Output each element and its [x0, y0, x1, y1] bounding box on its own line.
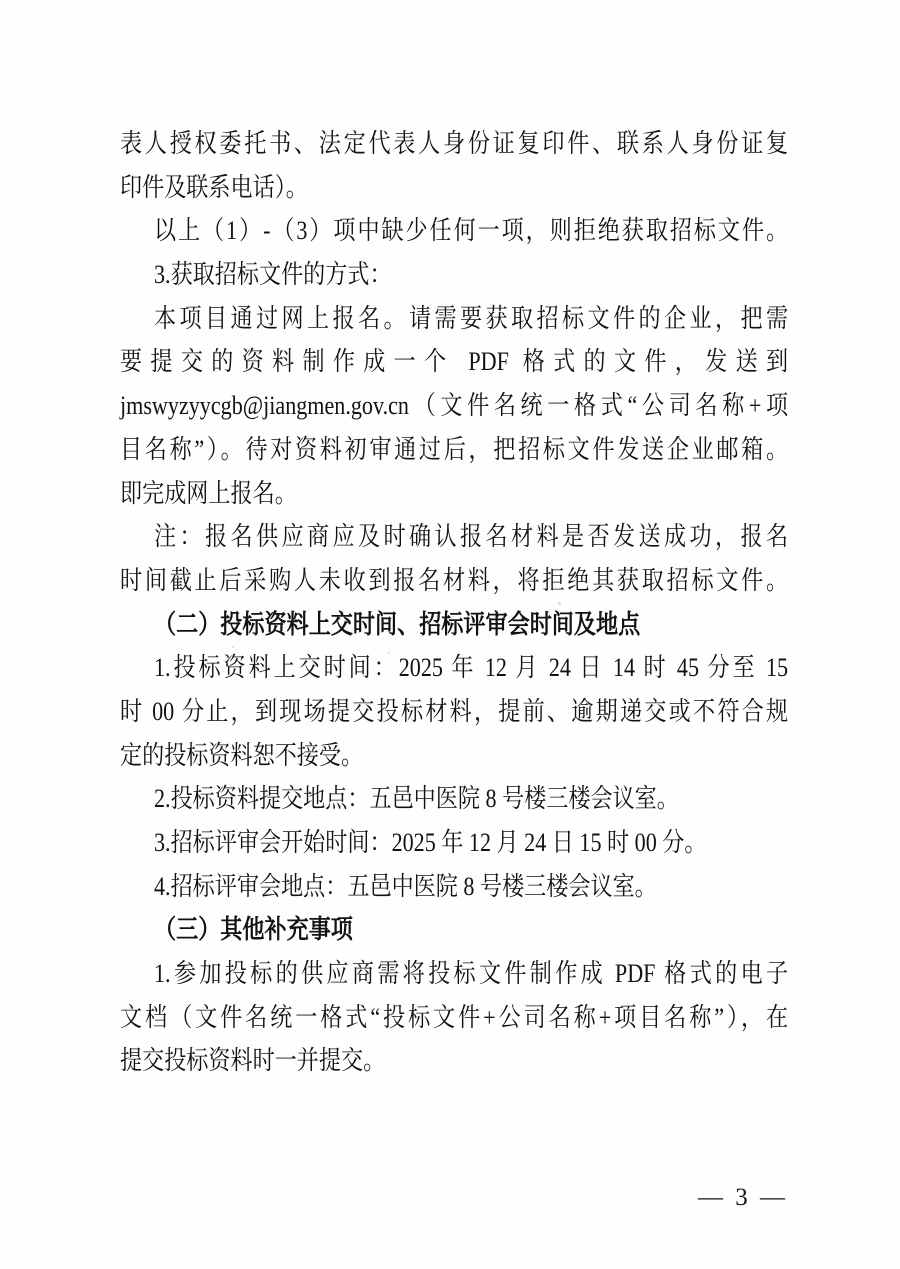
section-heading-2: （二）投标资料上交时间、招标评审会时间及地点 — [120, 603, 788, 647]
scan-speck — [558, 602, 561, 605]
scan-speck — [171, 760, 173, 762]
document-page: 表人授权委托书、法定代表人身份证复印件、联系人身份证复 印件及联系电话）。 以上… — [0, 0, 900, 1269]
text-line: 文档（文件名统一格式“投标文件+公司名称+项目名称”），在 — [120, 996, 788, 1040]
text-line: 2.投标资料提交地点：五邑中医院 8 号楼三楼会议室。 — [120, 777, 788, 821]
text-line: 1.投标资料上交时间：2025 年 12 月 24 日 14 时 45 分至 1… — [120, 646, 788, 690]
document-body: 表人授权委托书、法定代表人身份证复印件、联系人身份证复 印件及联系电话）。 以上… — [120, 122, 788, 1083]
text-line: 本项目通过网上报名。请需要获取招标文件的企业，把需 — [120, 297, 788, 341]
text-line: 定的投标资料恕不接受。 — [120, 734, 788, 778]
text-line: 即完成网上报名。 — [120, 472, 788, 516]
text-line: 以上（1）-（3）项中缺少任何一项，则拒绝获取招标文件。 — [120, 209, 788, 253]
text-line: 时 00 分止，到现场提交投标材料，提前、逾期递交或不符合规 — [120, 690, 788, 734]
text-line: 3.获取招标文件的方式： — [120, 253, 788, 297]
text-line: 要提交的资料制作成一个 PDF 格式的文件，发送到 — [120, 340, 788, 384]
section-heading-3: （三）其他补充事项 — [120, 908, 788, 952]
scan-speck — [232, 646, 234, 648]
text-line: 注：报名供应商应及时确认报名材料是否发送成功，报名 — [120, 515, 788, 559]
text-line: 1.参加投标的供应商需将投标文件制作成 PDF 格式的电子 — [120, 952, 788, 996]
text-line: 4.招标评审会地点：五邑中医院 8 号楼三楼会议室。 — [120, 865, 788, 909]
text-line: 表人授权委托书、法定代表人身份证复印件、联系人身份证复 — [120, 122, 788, 166]
email-line: jmswyzyycgb@jiangmen.gov.cn（文件名统一格式“公司名称… — [120, 384, 788, 428]
text-line: 时间截止后采购人未收到报名材料，将拒绝其获取招标文件。 — [120, 559, 788, 603]
text-line: 印件及联系电话）。 — [120, 166, 788, 210]
page-number: — 3 — — [698, 1184, 788, 1212]
text-line: 3.招标评审会开始时间：2025 年 12 月 24 日 15 时 00 分。 — [120, 821, 788, 865]
text-line: 提交投标资料时一并提交。 — [120, 1039, 788, 1083]
scan-speck — [388, 652, 390, 654]
text-line: 目名称”）。待对资料初审通过后，把招标文件发送企业邮箱。 — [120, 428, 788, 472]
